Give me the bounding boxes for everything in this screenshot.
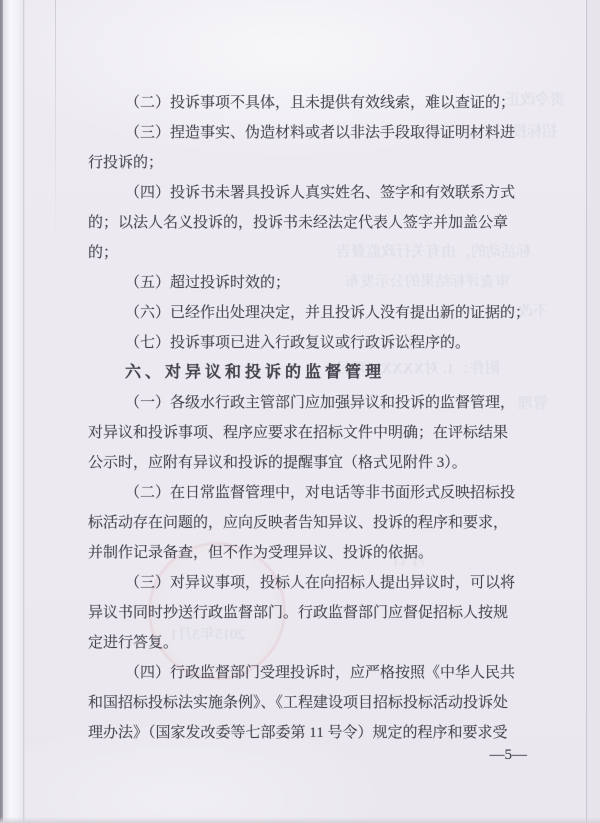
text-line: （三）对异议事项，投标人在向招标人提出异议时，可以将 [88,568,518,598]
text-line: （四）投诉书未署具投诉人真实姓名、签字和有效联系方式 [88,178,518,208]
left-page-curl [3,0,23,823]
text-line: 的； [88,238,518,268]
text-line: （一）各级水行政主管部门应加强异议和投诉的监督管理， [88,388,518,418]
text-line: 定进行答复。 [88,628,518,658]
page-number: —5— [490,740,528,770]
bottom-edge-shadow [0,817,600,823]
text-line: （二）在日常监督管理中，对电话等非书面形式反映招标投 [88,478,518,508]
text-line: 行投诉的； [88,148,518,178]
text-line: 理办法》（国家发改委等七部委第 11 号令）规定的程序和要求受 [88,718,518,748]
text-line: 公示时，应附有异议和投诉的提醒事宜（格式见附件 3）。 [88,448,518,478]
text-line: （五）超过投诉时效的； [88,268,518,298]
document-body: （二）投诉事项不具体，且未提供有效线索，难以查证的；（三）捏造事实、伪造材料或者… [88,88,518,748]
section-heading: 六、对异议和投诉的监督管理 [88,358,518,388]
text-line: 标活动存在问题的，应向反映者告知异议、投诉的程序和要求， [88,508,518,538]
text-line: 并制作记录备查，但不作为受理异议、投诉的依据。 [88,538,518,568]
text-line: 的；以法人名义投诉的，投诉书未经法定代表人签字并加盖公章 [88,208,518,238]
bleedthrough-text: 招标投 [512,120,557,141]
text-line: 对异议和投诉事项、程序应要求在招标文件中明确；在评标结果 [88,418,518,448]
text-line: （四）行政监督部门受理投诉时，应严格按照《中华人民共 [88,658,518,688]
text-line: 和国招标投标法实施条例》、《工程建设项目招标投标活动投诉处 [88,688,518,718]
right-page-edge [586,0,587,823]
right-scan-margin [587,0,600,823]
text-line: 异议书同时抄送行政监督部门。行政监督部门应督促招标人按规 [88,598,518,628]
bleedthrough-text: 管理 [518,392,548,413]
text-line: （二）投诉事项不具体，且未提供有效线索，难以查证的； [88,88,518,118]
vertical-crease-top [55,0,56,250]
text-line: （六）已经作出处理决定，并且投诉人没有提出新的证据的； [88,298,518,328]
text-line: （三）捏造事实、伪造材料或者以非法手段取得证明材料进 [88,118,518,148]
vertical-crease [23,0,25,823]
text-line: （七）投诉事项已进入行政复议或行政诉讼程序的。 [88,328,518,358]
scanned-page: 责令改正招标投标活动的，由有关行政监督告审查评标结果的公示发布不改附件：1. 对… [0,0,600,823]
